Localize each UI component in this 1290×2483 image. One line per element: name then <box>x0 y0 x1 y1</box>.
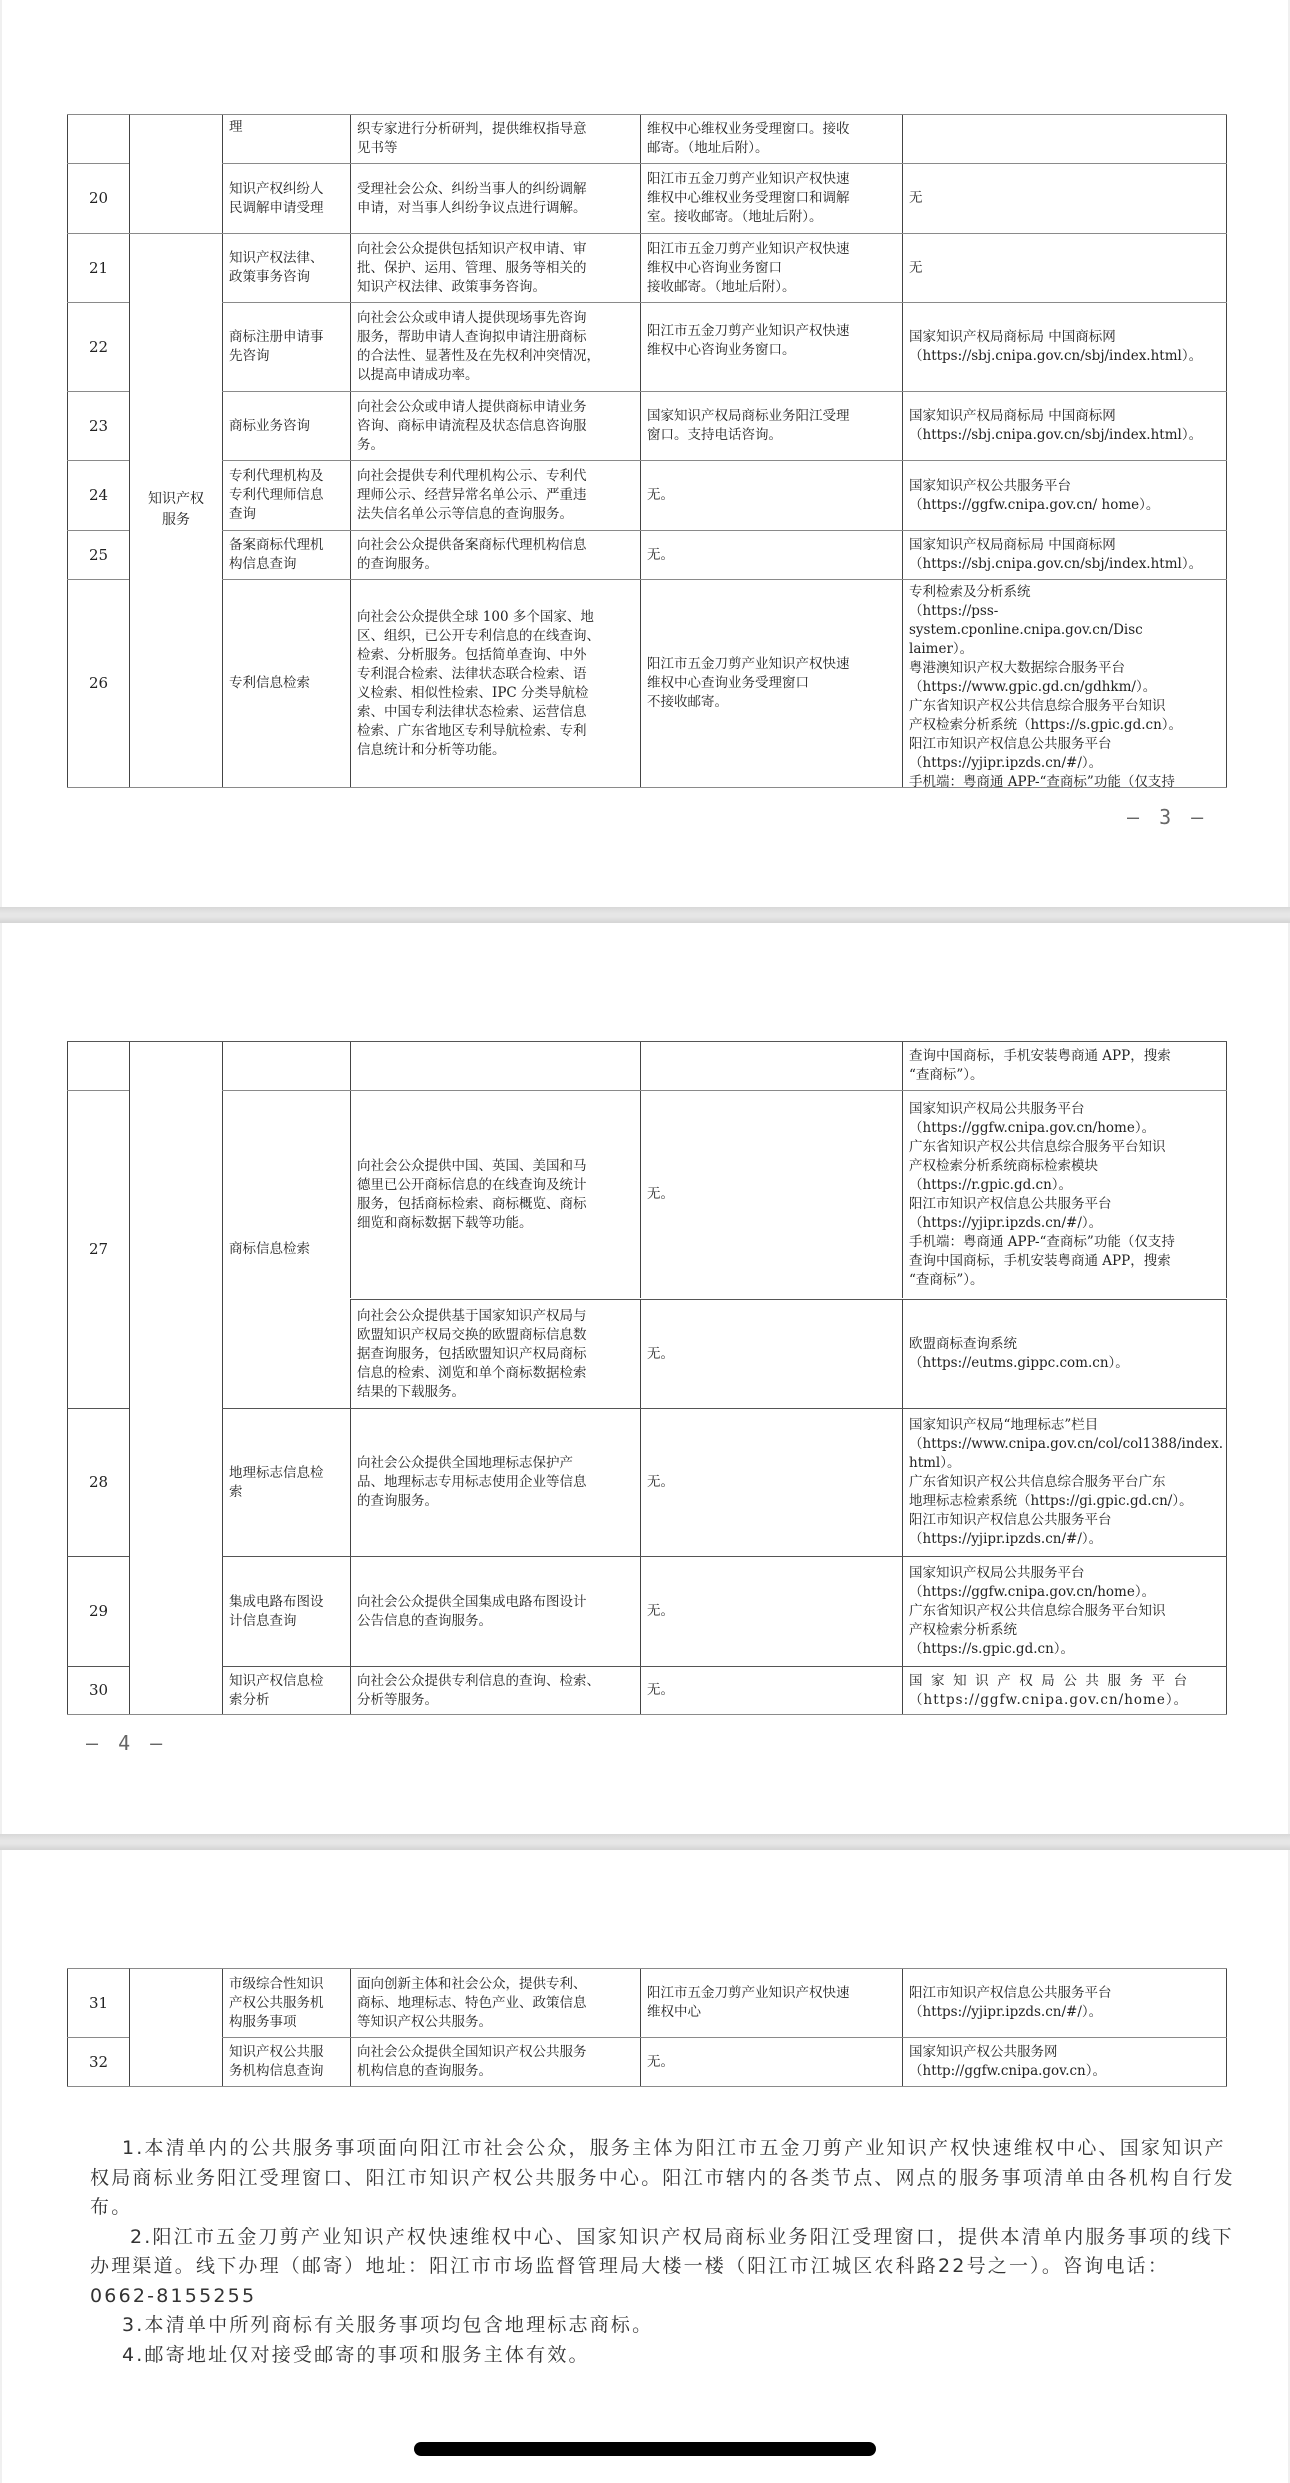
service-content: 向社会公众或申请人提供商标申请业务 咨询、商标申请流程及状态信息咨询服 务。 <box>357 398 587 455</box>
online-channel: 阳江市知识产权信息公共服务平台 （https://yjipr.ipzds.cn/… <box>909 1984 1112 2022</box>
service-content: 向社会公众提供基于国家知识产权局与 欧盟知识产权局交换的欧盟商标信息数 据查询服… <box>357 1307 587 1402</box>
offline-channel: 无。 <box>647 1681 674 1700</box>
offline-channel: 无。 <box>647 546 674 565</box>
service-content: 向社会公众提供包括知识产权申请、审 批、保护、运用、管理、服务等相关的 知识产权… <box>357 240 587 297</box>
online-channel: 国家知识产权局公共服务平台 （https://ggfw.cnipa.gov.cn… <box>909 1100 1175 1290</box>
service-content: 向社会公众提供中国、英国、美国和马 德里已公开商标信息的在线查询及统计 服务，包… <box>357 1157 587 1233</box>
online-channel: 国家知识产权局商标局 中国商标网 （https://sbj.cnipa.gov.… <box>909 407 1202 445</box>
table-bottom-border <box>67 787 1227 788</box>
service-name: 知识产权纠纷人 民调解申请受理 <box>229 180 324 218</box>
note-2: 2.阳江市五金刀剪产业知识产权快速维权中心、国家知识产权局商标业务阳江受理窗口，… <box>90 2223 1235 2312</box>
offline-channel: 无。 <box>647 1345 674 1364</box>
service-content: 面向创新主体和社会公众，提供专利、 商标、地理标志、特色产业、政策信息 等知识产… <box>357 1975 587 2032</box>
row-number: 21 <box>67 234 129 302</box>
service-name: 备案商标代理机 构信息查询 <box>229 536 324 574</box>
offline-channel: 阳江市五金刀剪产业知识产权快速 维权中心 <box>647 1984 850 2022</box>
online-channel: 国家知识产权局商标局 中国商标网 （https://sbj.cnipa.gov.… <box>909 328 1202 366</box>
offline-channel: 阳江市五金刀剪产业知识产权快速 维权中心查询业务受理窗口 不接收邮寄。 <box>647 655 850 712</box>
service-name: 专利代理机构及 专利代理师信息 查询 <box>229 467 324 524</box>
service-name: 知识产权公共服 务机构信息查询 <box>229 2043 324 2081</box>
service-content: 向社会提供专利代理机构公示、专利代 理师公示、经营异常名单公示、严重违 法失信名… <box>357 467 587 524</box>
service-name: 商标信息检索 <box>229 1240 310 1259</box>
page-number: — 4 — <box>86 1731 166 1755</box>
online-channel: 国家知识产权公共服务平台 （https://ggfw.cnipa.gov.cn/… <box>909 477 1159 515</box>
service-table-page-5: 31 市级综合性知识 产权公共服务机 构服务事项 面向创新主体和社会公众，提供专… <box>67 1968 1227 2086</box>
row-number <box>67 115 129 163</box>
home-indicator[interactable] <box>414 2442 876 2456</box>
table-row: 29 集成电路布图设 计信息查询 向社会公众提供全国集成电路布图设计 公告信息的… <box>67 1556 1227 1666</box>
category-cell-continued <box>129 114 222 233</box>
service-name: 知识产权信息检 索分析 <box>229 1672 324 1710</box>
online-channel: 无 <box>909 259 923 278</box>
row-number: 27 <box>67 1091 129 1408</box>
service-table-page-4: 查询中国商标，手机安装粤商通 APP，搜索 “查商标”）。 27 商标信息检索 … <box>67 1041 1227 1714</box>
table-row: 理 织专家进行分析研判，提供维权指导意 见书等 维权中心维权业务受理窗口。接收 … <box>67 114 1227 163</box>
row-number: 30 <box>67 1667 129 1714</box>
online-channel: 查询中国商标，手机安装粤商通 APP，搜索 “查商标”）。 <box>909 1047 1171 1085</box>
row-number: 31 <box>67 1969 129 2037</box>
online-channel: 欧盟商标查询系统 （https://eutms.gippc.com.cn）。 <box>909 1335 1129 1373</box>
table-row: 32 知识产权公共服 务机构信息查询 向社会公众提供全国知识产权公共服务 机构信… <box>67 2037 1227 2086</box>
page-number: — 3 — <box>1127 805 1207 829</box>
service-name: 商标业务咨询 <box>229 417 310 436</box>
service-content: 受理社会公众、纠纷当事人的纠纷调解 申请，对当事人纠纷争议点进行调解。 <box>357 180 587 218</box>
table-row: 30 知识产权信息检 索分析 向社会公众提供专利信息的查询、检索、 分析等服务。… <box>67 1666 1227 1714</box>
page-3: 理 织专家进行分析研判，提供维权指导意 见书等 维权中心维权业务受理窗口。接收 … <box>0 0 1290 907</box>
table-row: 查询中国商标，手机安装粤商通 APP，搜索 “查商标”）。 <box>67 1041 1227 1090</box>
online-channel: 国家知识产权局公共服务平台 （https://ggfw.cnipa.gov.cn… <box>909 1672 1188 1710</box>
offline-channel: 阳江市五金刀剪产业知识产权快速 维权中心咨询业务窗口 接收邮寄。（地址后附）。 <box>647 240 850 297</box>
service-table-page-3: 理 织专家进行分析研判，提供维权指导意 见书等 维权中心维权业务受理窗口。接收 … <box>67 114 1227 787</box>
table-row: 20 知识产权纠纷人 民调解申请受理 受理社会公众、纠纷当事人的纠纷调解 申请，… <box>67 163 1227 233</box>
row-number: 24 <box>67 461 129 530</box>
note-4: 4.邮寄地址仅对接受邮寄的事项和服务主体有效。 <box>90 2341 1235 2371</box>
page-separator <box>0 1834 1290 1850</box>
table-row: 28 地理标志信息检 索 向社会公众提供全国地理标志保护产 品、地理标志专用标志… <box>67 1408 1227 1556</box>
table-row: 26 专利信息检索 向社会公众提供全球 100 多个国家、地 区、组织，已公开专… <box>67 579 1227 787</box>
offline-channel: 国家知识产权局商标业务阳江受理 窗口。支持电话咨询。 <box>647 407 850 445</box>
table-bottom-border <box>67 1714 1227 1715</box>
online-channel: 国家知识产权公共服务网 （http://ggfw.cnipa.gov.cn）。 <box>909 2043 1106 2081</box>
offline-channel: 无。 <box>647 1473 674 1492</box>
row-number: 29 <box>67 1557 129 1666</box>
table-row: 31 市级综合性知识 产权公共服务机 构服务事项 面向创新主体和社会公众，提供专… <box>67 1968 1227 2037</box>
service-name: 商标注册申请事 先咨询 <box>229 328 324 366</box>
online-channel: 专利检索及分析系统 （https://pss-system.cponline.c… <box>909 583 1220 792</box>
service-content: 向社会公众提供全国集成电路布图设计 公告信息的查询服务。 <box>357 1593 587 1631</box>
service-content: 织专家进行分析研判，提供维权指导意 见书等 <box>357 120 587 158</box>
row-number: 26 <box>67 580 129 787</box>
service-content: 向社会公众提供备案商标代理机构信息 的查询服务。 <box>357 536 587 574</box>
table-row: 27 商标信息检索 向社会公众提供中国、英国、美国和马 德里已公开商标信息的在线… <box>67 1090 1227 1408</box>
service-name: 专利信息检索 <box>229 674 310 693</box>
offline-channel: 维权中心维权业务受理窗口。接收 邮寄。（地址后附）。 <box>647 120 850 158</box>
note-3: 3.本清单中所列商标有关服务事项均包含地理标志商标。 <box>90 2311 1235 2341</box>
service-name: 集成电路布图设 计信息查询 <box>229 1593 324 1631</box>
row-number: 32 <box>67 2038 129 2086</box>
page-separator <box>0 907 1290 923</box>
offline-channel: 阳江市五金刀剪产业知识产权快速 维权中心维权业务受理窗口和调解 室。接收邮寄。（… <box>647 170 850 227</box>
row-number: 22 <box>67 303 129 391</box>
service-name: 知识产权法律、 政策事务咨询 <box>229 249 324 287</box>
table-bottom-border <box>67 2086 1227 2087</box>
offline-channel: 阳江市五金刀剪产业知识产权快速 维权中心咨询业务窗口。 <box>647 306 850 360</box>
category-cell-ip-services: 知识产权 服务 <box>129 234 222 787</box>
category-cell-continued <box>129 1968 222 2086</box>
service-name: 理 <box>229 118 243 137</box>
row-number: 25 <box>67 531 129 579</box>
offline-channel: 无。 <box>647 2053 674 2072</box>
online-channel: 国家知识产权局公共服务平台 （https://ggfw.cnipa.gov.cn… <box>909 1564 1166 1659</box>
category-cell-continued <box>129 1041 222 1714</box>
service-content: 向社会公众或申请人提供现场事先咨询 服务，帮助申请人查询拟申请注册商标 的合法性… <box>357 309 600 385</box>
page-4: 查询中国商标，手机安装粤商通 APP，搜索 “查商标”）。 27 商标信息检索 … <box>0 923 1290 1834</box>
service-content: 向社会公众提供全国地理标志保护产 品、地理标志专用标志使用企业等信息 的查询服务… <box>357 1454 587 1511</box>
offline-channel: 无。 <box>647 1602 674 1621</box>
online-channel: 无 <box>909 189 923 208</box>
offline-channel: 无。 <box>647 1185 674 1204</box>
table-row: 25 备案商标代理机 构信息查询 向社会公众提供备案商标代理机构信息 的查询服务… <box>67 530 1227 579</box>
table-row: 23 商标业务咨询 向社会公众或申请人提供商标申请业务 咨询、商标申请流程及状态… <box>67 391 1227 460</box>
page-5: 31 市级综合性知识 产权公共服务机 构服务事项 面向创新主体和社会公众，提供专… <box>0 1850 1290 2483</box>
row-number <box>67 1042 129 1090</box>
service-content: 向社会公众提供专利信息的查询、检索、 分析等服务。 <box>357 1672 600 1710</box>
service-name: 地理标志信息检 索 <box>229 1464 324 1502</box>
table-row: 22 商标注册申请事 先咨询 向社会公众或申请人提供现场事先咨询 服务，帮助申请… <box>67 302 1227 391</box>
service-content: 向社会公众提供全球 100 多个国家、地 区、组织，已公开专利信息的在线查询、 … <box>357 608 600 760</box>
row-number: 28 <box>67 1409 129 1556</box>
online-channel: 国家知识产权局商标局 中国商标网 （https://sbj.cnipa.gov.… <box>909 536 1202 574</box>
table-row: 21 知识产权法律、 政策事务咨询 向社会公众提供包括知识产权申请、审 批、保护… <box>67 233 1227 302</box>
service-content: 向社会公众提供全国知识产权公共服务 机构信息的查询服务。 <box>357 2043 587 2081</box>
table-row: 24 专利代理机构及 专利代理师信息 查询 向社会提供专利代理机构公示、专利代 … <box>67 460 1227 530</box>
note-1: 1.本清单内的公共服务事项面向阳江市社会公众，服务主体为阳江市五金刀剪产业知识产… <box>90 2134 1235 2223</box>
online-channel: 国家知识产权局“地理标志”栏目 （https://www.cnipa.gov.c… <box>909 1416 1223 1549</box>
notes-section: 1.本清单内的公共服务事项面向阳江市社会公众，服务主体为阳江市五金刀剪产业知识产… <box>90 2134 1235 2370</box>
row-number: 20 <box>67 164 129 233</box>
row-number: 23 <box>67 392 129 460</box>
offline-channel: 无。 <box>647 486 674 505</box>
service-name: 市级综合性知识 产权公共服务机 构服务事项 <box>229 1975 324 2032</box>
